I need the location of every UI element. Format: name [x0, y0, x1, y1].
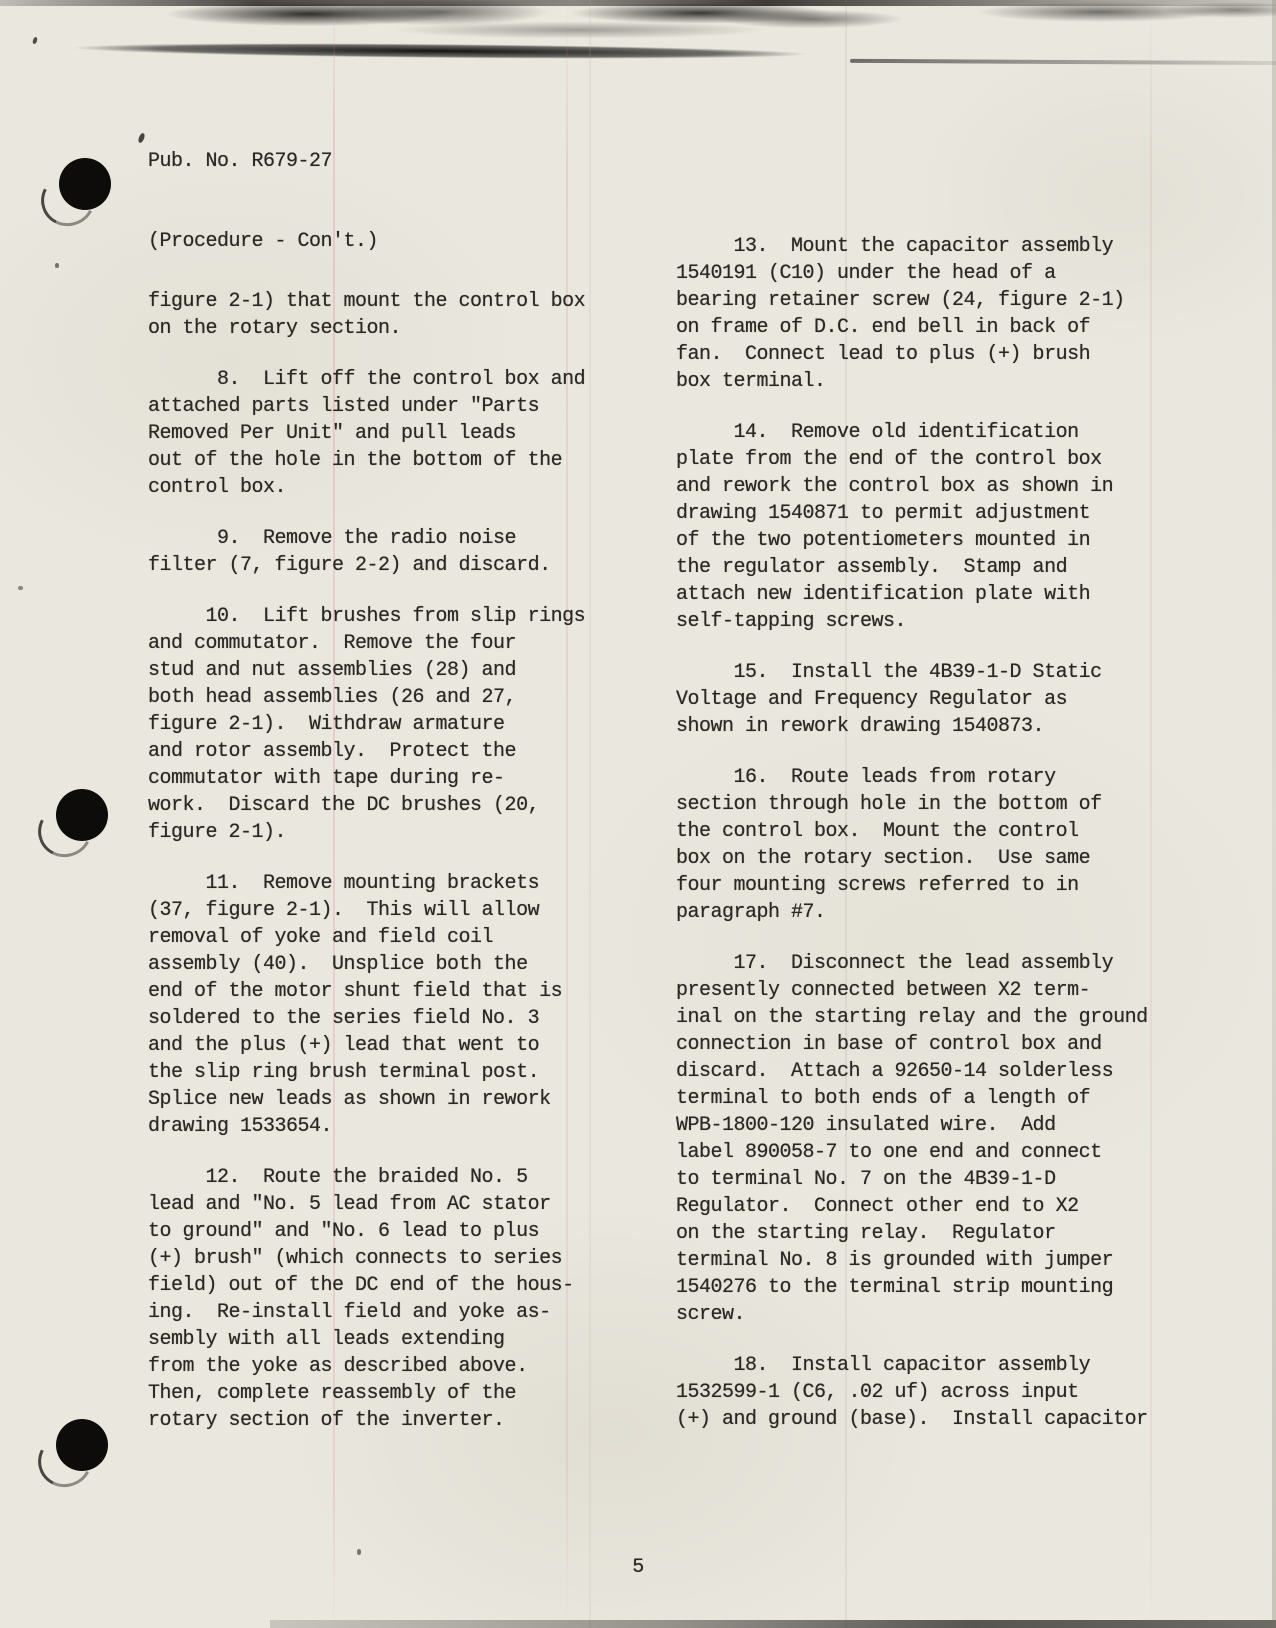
- paragraph: 10. Lift brushes from slip rings and com…: [148, 603, 653, 846]
- scan-edge-line: [0, 0, 1276, 6]
- paragraph: 18. Install capacitor assembly 1532599-1…: [676, 1352, 1196, 1433]
- ink-speck: [18, 586, 23, 590]
- ink-speck: [55, 263, 59, 268]
- right-column: 13. Mount the capacitor assembly 1540191…: [676, 233, 1196, 1457]
- paragraph: 14. Remove old identification plate from…: [676, 419, 1196, 635]
- paragraph: 8. Lift off the control box and attached…: [148, 366, 653, 501]
- paragraph: 11. Remove mounting brackets (37, figure…: [148, 870, 653, 1140]
- left-column: figure 2-1) that mount the control box o…: [148, 288, 653, 1458]
- pub-number: Pub. No. R679-27: [148, 148, 332, 175]
- paragraph: 12. Route the braided No. 5 lead and "No…: [148, 1164, 653, 1434]
- page-number: 5: [0, 1554, 1276, 1581]
- scanned-page: Pub. No. R679-27 (Procedure - Con't.) fi…: [0, 0, 1276, 1628]
- scan-edge-shadow: [270, 1620, 1276, 1628]
- hole-punch: [38, 1419, 108, 1489]
- hole-punch: [38, 789, 108, 859]
- ink-speck: [137, 132, 145, 143]
- paragraph: 16. Route leads from rotary section thro…: [676, 764, 1196, 926]
- scan-edge-shadow-right: [1272, 0, 1276, 1628]
- hole-punch: [41, 158, 111, 228]
- paragraph: 9. Remove the radio noise filter (7, fig…: [148, 525, 653, 579]
- procedure-continued-label: (Procedure - Con't.): [148, 228, 378, 255]
- paragraph: figure 2-1) that mount the control box o…: [148, 288, 653, 342]
- paragraph: 13. Mount the capacitor assembly 1540191…: [676, 233, 1196, 395]
- paragraph: 15. Install the 4B39-1-D Static Voltage …: [676, 659, 1196, 740]
- paragraph: 17. Disconnect the lead assembly present…: [676, 950, 1196, 1328]
